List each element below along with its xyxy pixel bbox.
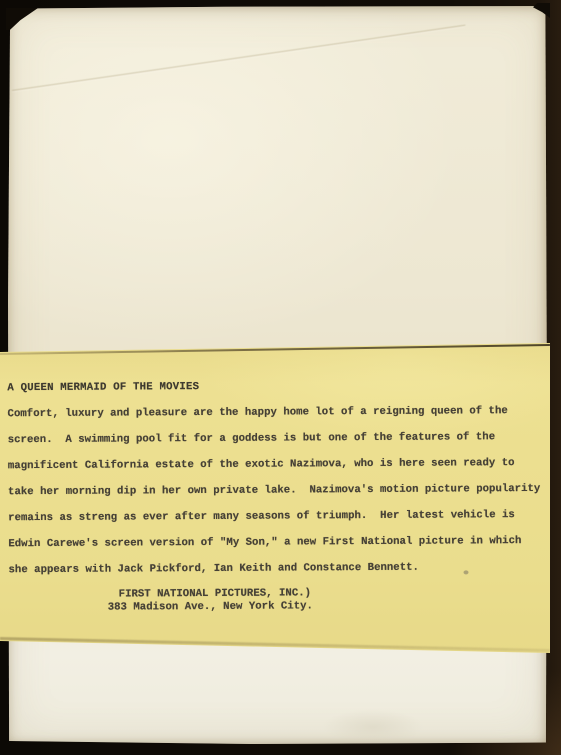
caption-line: Edwin Carewe's screen version of "My Son… [8,535,521,550]
studio-address-line: 383 Madison Ave., New York City. [108,600,313,613]
caption-line: magnificent California estate of the exo… [8,457,515,472]
paper-crease [12,25,465,91]
ink-smudge [463,570,468,574]
caption-slip: A QUEEN MERMAID OF THE MOVIES Comfort, l… [0,340,561,656]
caption-line: remains as streng as ever after many sea… [8,509,515,524]
caption-line: she appears with Jack Pickford, Ian Keit… [8,562,419,577]
caption-heading: A QUEEN MERMAID OF THE MOVIES [7,381,199,394]
caption-line: take her morning dip in her own private … [8,483,540,498]
caption-line: screen. A swimming pool fit for a goddes… [8,431,496,446]
caption-text-block: A QUEEN MERMAID OF THE MOVIES Comfort, l… [0,337,561,656]
caption-line: Comfort, luxury and pleasure are the hap… [7,405,507,420]
studio-credit-line: FIRST NATIONAL PICTURES, INC.) [119,587,311,600]
paper-watermark [303,702,443,752]
scan-background: A QUEEN MERMAID OF THE MOVIES Comfort, l… [0,0,561,755]
